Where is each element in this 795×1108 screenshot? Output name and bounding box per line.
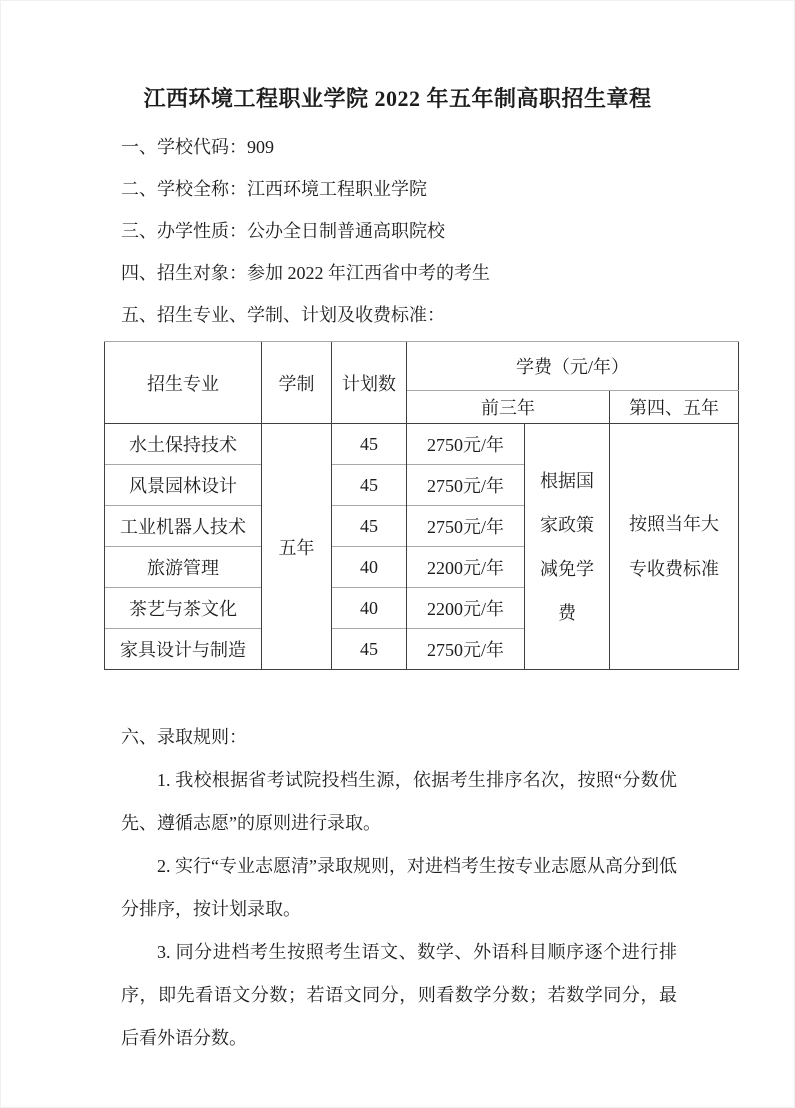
rules-heading: 六、录取规则： [121,716,677,759]
plan-cell: 45 [332,629,407,670]
later-years-note-cell: 按照当年大专收费标准 [610,424,739,670]
tuition-cell: 2200元/年 [407,588,525,629]
header-first-three-years: 前三年 [407,391,610,424]
tuition-cell: 2750元/年 [407,629,525,670]
item-school-name: 二、学校全称：江西环境工程职业学院 [121,168,794,210]
admission-rules-section: 六、录取规则： 1. 我校根据省考试院投档生源，依据考生排序名次，按照“分数优先… [121,716,677,1060]
document-page: 江西环境工程职业学院 2022 年五年制高职招生章程 一、学校代码：909 二、… [0,0,795,1108]
tuition-cell: 2750元/年 [407,424,525,465]
header-plan: 计划数 [332,342,407,424]
page-title: 江西环境工程职业学院 2022 年五年制高职招生章程 [1,1,794,113]
policy-note-text: 根据国家政策减免学费 [536,459,597,635]
major-cell: 风景园林设计 [105,465,262,506]
plan-cell: 40 [332,547,407,588]
rule-paragraph-3: 3. 同分进档考生按照考生语文、数学、外语科目顺序逐个进行排序，即先看语文分数；… [121,931,677,1060]
enrollment-table: 招生专业 学制 计划数 学费（元/年） 前三年 第四、五年 水土保持技术 五年 … [104,341,739,670]
item-enroll-target: 四、招生对象：参加 2022 年江西省中考的考生 [121,252,794,294]
rule-paragraph-1: 1. 我校根据省考试院投档生源，依据考生排序名次，按照“分数优先、遵循志愿”的原… [121,759,677,845]
table-header-row-1: 招生专业 学制 计划数 学费（元/年） [105,342,739,391]
major-cell: 家具设计与制造 [105,629,262,670]
later-years-note-text: 按照当年大专收费标准 [625,502,724,592]
header-fourth-fifth-years: 第四、五年 [610,391,739,424]
item-school-code: 一、学校代码：909 [121,126,794,168]
numbered-items: 一、学校代码：909 二、学校全称：江西环境工程职业学院 三、办学性质：公办全日… [121,126,794,336]
major-cell: 茶艺与茶文化 [105,588,262,629]
plan-cell: 45 [332,506,407,547]
major-cell: 旅游管理 [105,547,262,588]
policy-note-cell: 根据国家政策减免学费 [525,424,610,670]
tuition-cell: 2750元/年 [407,465,525,506]
tuition-cell: 2750元/年 [407,506,525,547]
plan-cell: 45 [332,424,407,465]
rule-paragraph-2: 2. 实行“专业志愿清”录取规则，对进档考生按专业志愿从高分到低分排序，按计划录… [121,845,677,931]
major-cell: 水土保持技术 [105,424,262,465]
item-school-type: 三、办学性质：公办全日制普通高职院校 [121,210,794,252]
tuition-cell: 2200元/年 [407,547,525,588]
plan-cell: 45 [332,465,407,506]
header-major: 招生专业 [105,342,262,424]
header-schooling: 学制 [262,342,332,424]
header-tuition-group: 学费（元/年） [407,342,739,391]
major-cell: 工业机器人技术 [105,506,262,547]
table-row: 水土保持技术 五年 45 2750元/年 根据国家政策减免学费 按照当年大专收费… [105,424,739,465]
item-majors-heading: 五、招生专业、学制、计划及收费标准： [121,294,794,336]
plan-cell: 40 [332,588,407,629]
schooling-cell: 五年 [262,424,332,670]
